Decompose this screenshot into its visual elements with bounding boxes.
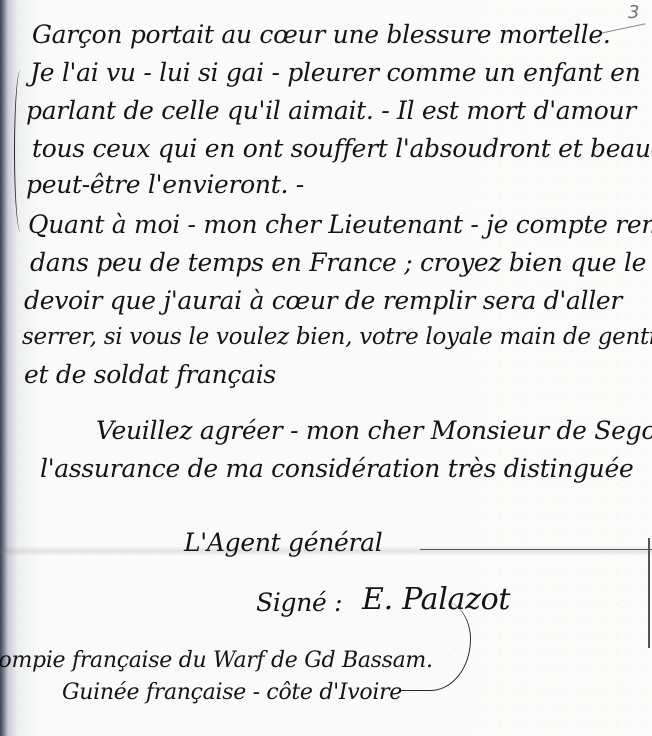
closing-line-1: Veuillez agréer - mon cher Monsieur de S… <box>96 416 652 445</box>
body-line-1: Garçon portait au cœur une blessure mort… <box>32 20 611 49</box>
page-number: 3 <box>628 2 639 23</box>
margin-bracket-mark <box>14 70 27 232</box>
signed-label: Signé : <box>256 588 342 617</box>
signature-title: L'Agent général <box>184 528 382 557</box>
body-line-8: devoir que j'aurai à cœur de remplir ser… <box>24 286 622 315</box>
body-line-4: tous ceux qui en ont souffert l'absoudro… <box>32 134 652 163</box>
letter-page: 3 Garçon portait au cœur une blessure mo… <box>0 0 652 736</box>
body-line-7: dans peu de temps en France ; croyez bie… <box>30 248 652 277</box>
body-line-2: Je l'ai vu - lui si gai - pleurer comme … <box>30 58 640 87</box>
closing-line-2: l'assurance de ma considération très dis… <box>40 454 633 483</box>
body-line-9: serrer, si vous le voulez bien, votre lo… <box>22 324 652 350</box>
body-line-5: peut-être l'envieront. - <box>26 170 304 199</box>
body-line-3: parlant de celle qu'il aimait. - Il est … <box>26 96 636 125</box>
right-edge-mark <box>648 538 650 648</box>
body-line-10: et de soldat français <box>24 360 276 389</box>
fold-ink-line <box>420 549 652 550</box>
company-line-2: Guinée française - côte d'Ivoire <box>62 680 402 705</box>
company-line-1: Compie française du Warf de Gd Bassam. <box>0 648 433 673</box>
body-line-6: Quant à moi - mon cher Lieutenant - je c… <box>28 210 652 239</box>
